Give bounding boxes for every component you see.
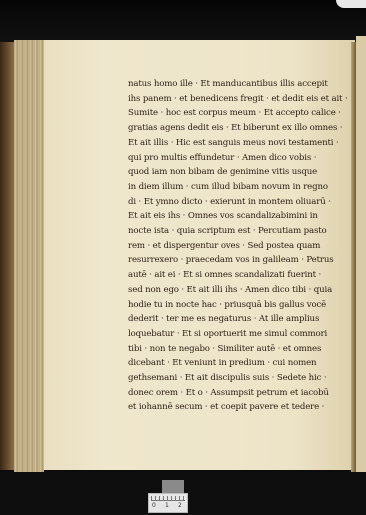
- text-line: hodie tu in nocte hac · priusquā bis gal…: [128, 298, 348, 313]
- text-line: rem · et dispergentur oves · Sed postea …: [128, 239, 348, 254]
- text-line: dederit · ter me es negaturus · At ille …: [128, 312, 348, 327]
- ruler-label: 0: [152, 502, 156, 509]
- text-line: dicebant · Et veniunt in predium · cui n…: [128, 356, 348, 371]
- color-target-tab: [162, 480, 184, 494]
- text-line: donec orem · Et o · Assumpsit petrum et …: [128, 386, 348, 401]
- text-line: di · Et ymno dicto · exierunt in montem …: [128, 195, 348, 210]
- text-line: natus homo ille · Et manducantibus illis…: [128, 77, 348, 92]
- ruler-ticks: [151, 496, 185, 501]
- text-line: sed non ego · Et ait illi ihs · Amen dic…: [128, 283, 348, 298]
- ruler-label: 1: [165, 502, 169, 509]
- text-line: qui pro multis effundetur · Amen dico vo…: [128, 151, 348, 166]
- text-line: Et ait illis · Hic est sanguis meus novi…: [128, 136, 348, 151]
- text-line: quod iam non bibam de genimine vitis usq…: [128, 165, 348, 180]
- text-line: nocte ista · quia scriptum est · Percuti…: [128, 224, 348, 239]
- text-line: loquebatur · Et si oportuerit me simul c…: [128, 327, 348, 342]
- text-line: Sumite · hoc est corpus meum · Et accept…: [128, 106, 348, 121]
- facing-page-edge: [356, 36, 366, 472]
- page-clip: [336, 0, 366, 8]
- text-line: gratias agens dedit eis · Et biberunt ex…: [128, 121, 348, 136]
- background-top: [0, 0, 366, 42]
- text-line: in diem illum · cum illud bibam novum in…: [128, 180, 348, 195]
- book-spine: [0, 42, 14, 470]
- text-line: Et ait eis ihs · Omnes vos scandalizabim…: [128, 209, 348, 224]
- text-line: autē · ait ei · Et si omnes scandalizati…: [128, 268, 348, 283]
- text-line: tibi · non te negabo · Similiter autē · …: [128, 342, 348, 357]
- manuscript-text: natus homo ille · Et manducantibus illis…: [128, 77, 348, 415]
- page-edges: [14, 40, 44, 472]
- text-line: ihs panem · et benedicens fregit · et de…: [128, 92, 348, 107]
- ruler-label: 2: [178, 502, 182, 509]
- text-line: gethsemani · Et ait discipulis suis · Se…: [128, 371, 348, 386]
- text-line: et iohannē secum · et coepit pavere et t…: [128, 400, 348, 415]
- text-line: resurrexero · praecedam vos in galileam …: [128, 253, 348, 268]
- scale-ruler: 0 1 2: [148, 493, 188, 513]
